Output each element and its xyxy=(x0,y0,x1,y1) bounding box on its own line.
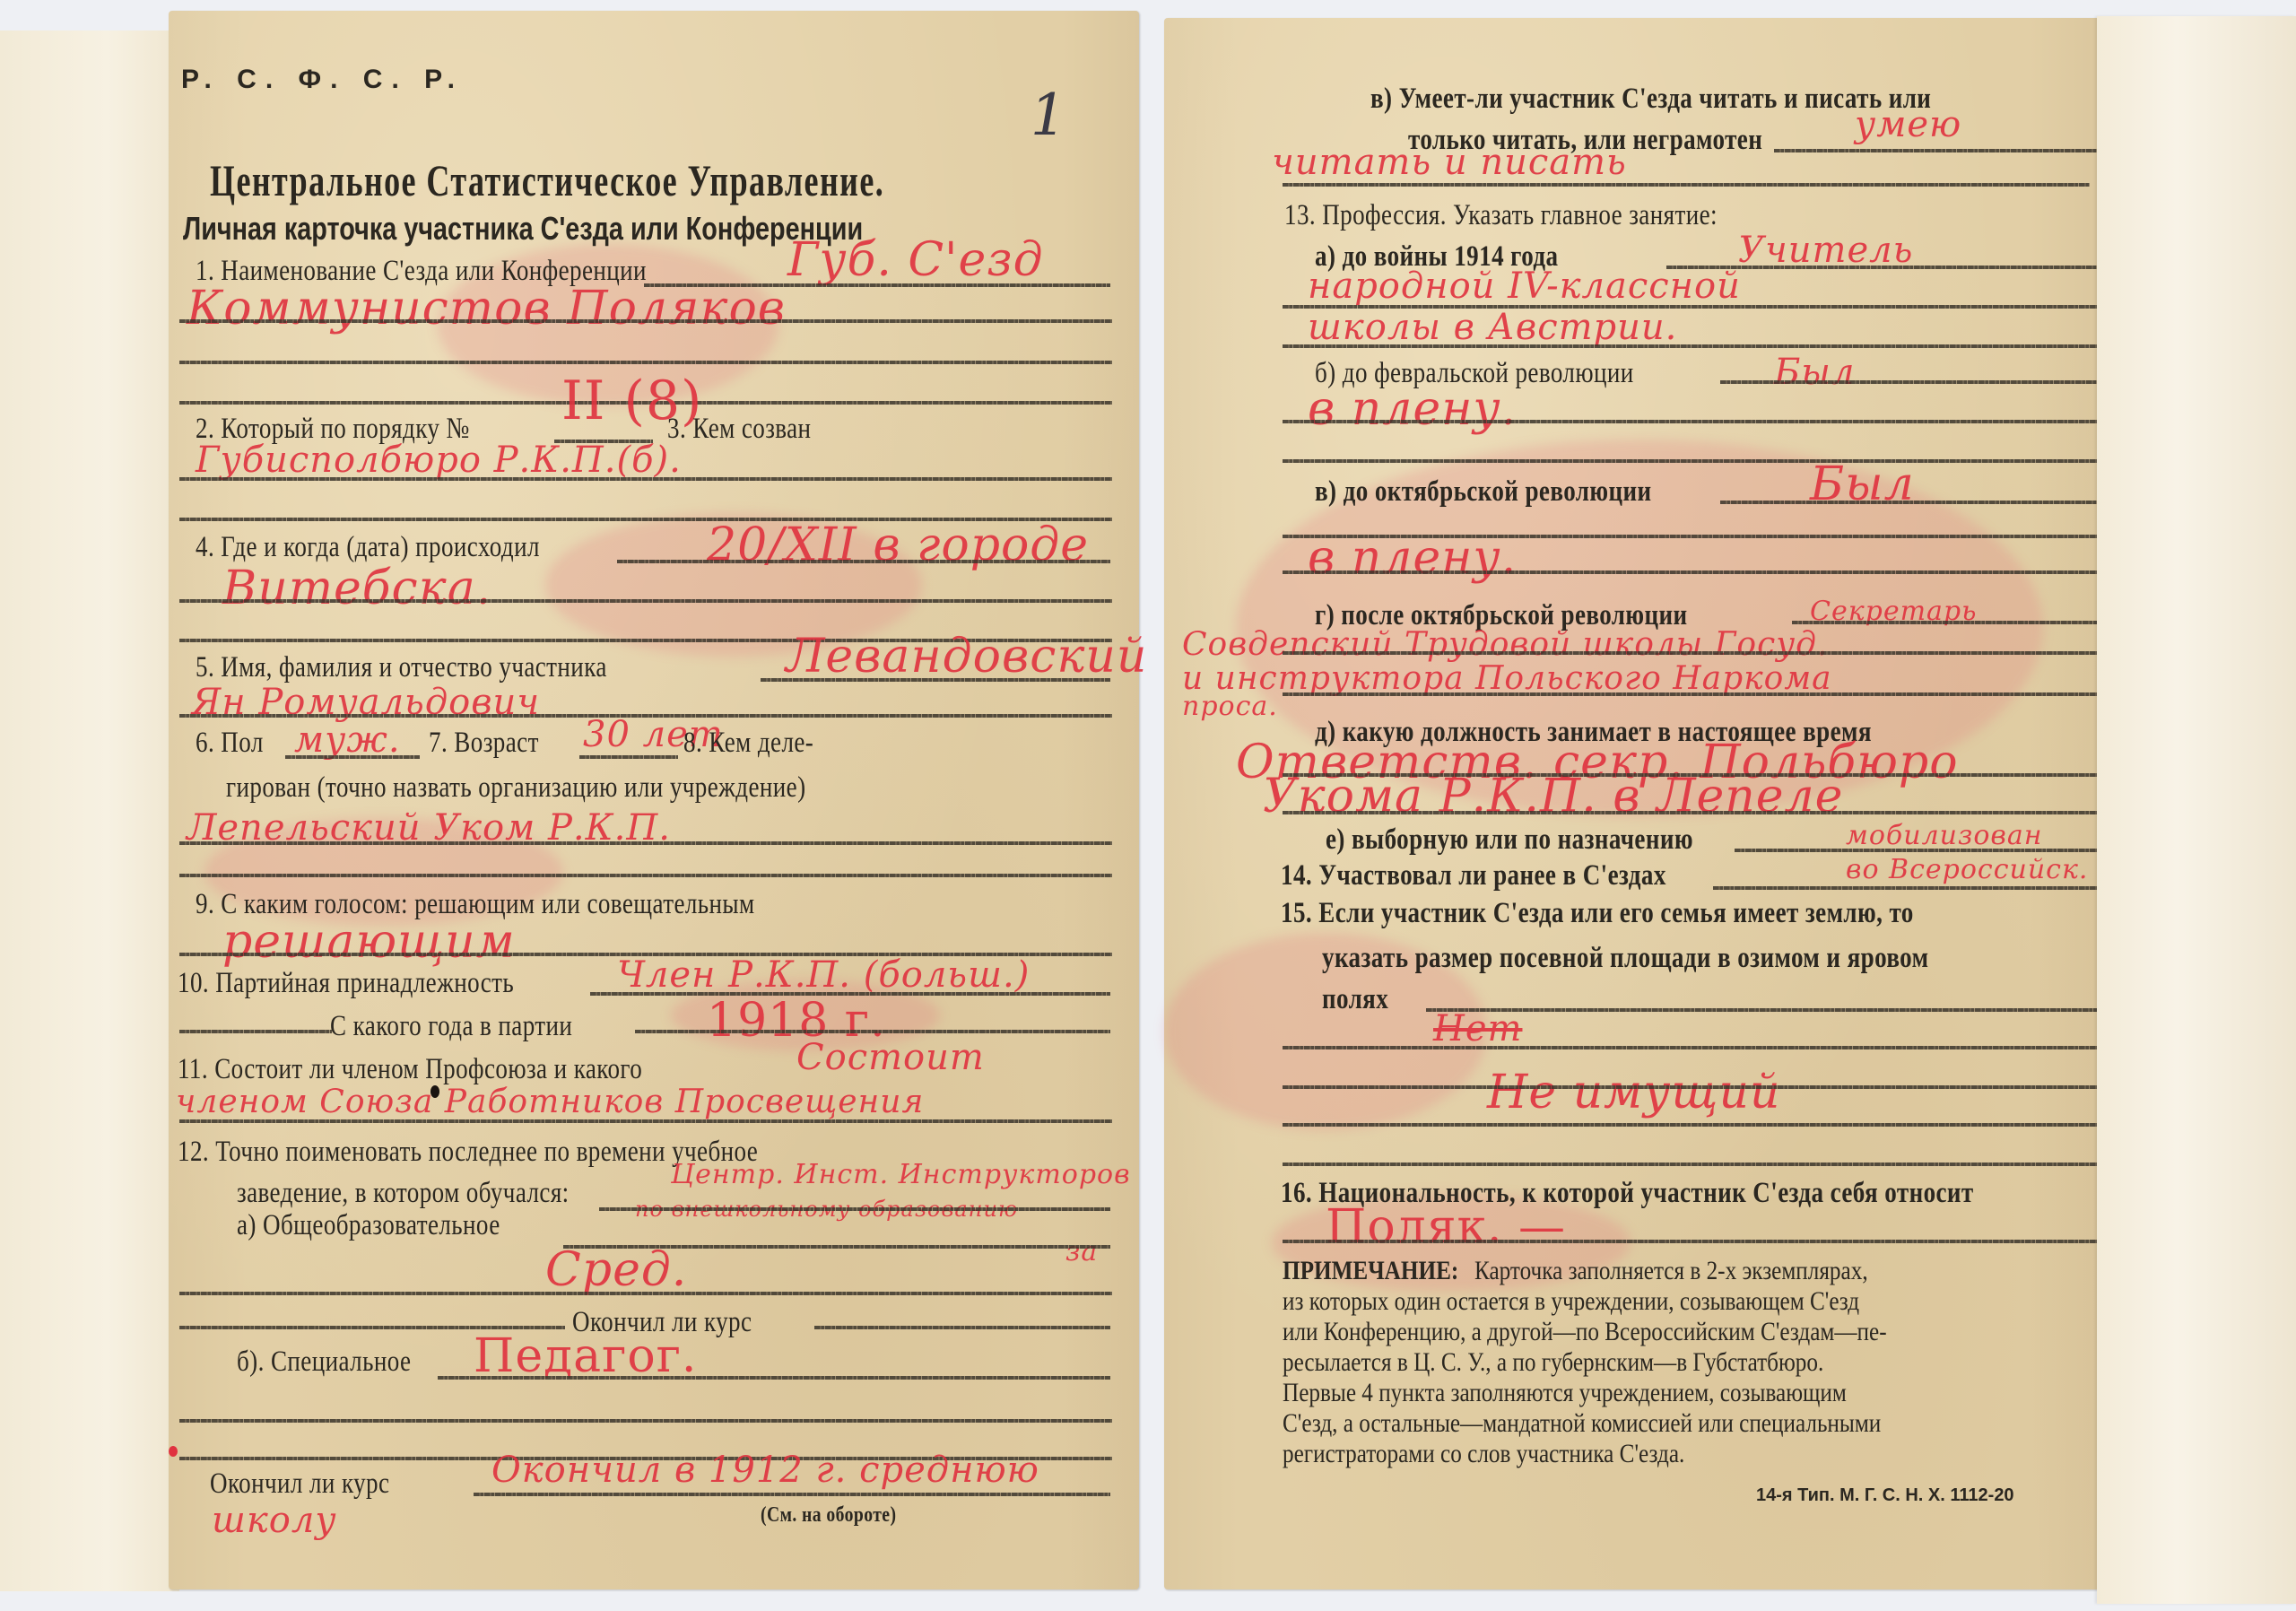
field-12a-label: а) Общеобразовательное xyxy=(237,1209,500,1242)
field-13-label: 13. Профессия. Указать главное занятие: xyxy=(1284,199,1718,232)
form-front-page: Р. С. Ф. С. Р. 1 Центральное Статистичес… xyxy=(169,11,1139,1589)
field-12-label-cont: заведение, в котором обучался: xyxy=(237,1177,570,1210)
field-13v-value-b: в плену. xyxy=(1308,531,1517,585)
field-11-label: 11. Состоит ли членом Профсоюза и какого xyxy=(178,1053,642,1086)
field-4-value-b: Витебска. xyxy=(222,562,491,615)
field-10-label: 10. Партийная принадлежность xyxy=(178,967,514,1000)
backing-paper-left xyxy=(0,30,179,1591)
field-13g-value-c: и инструктора Польского Наркома xyxy=(1182,660,1832,697)
field-12b-course-value-a: Окончил в 1912 г. среднюю xyxy=(491,1450,1039,1491)
form-back-page: в) Умеет-ли участник С'езда читать и пис… xyxy=(1164,18,2104,1589)
field-13a-value-c: школы в Австрии. xyxy=(1308,307,1677,348)
field-14-value: во Всероссийск. xyxy=(1846,854,2088,885)
note-line: или Конференцию, а другой—по Всероссийск… xyxy=(1283,1317,1887,1347)
note-line: из которых один остается в учреждении, с… xyxy=(1283,1286,1859,1317)
note-heading: ПРИМЕЧАНИЕ: xyxy=(1283,1256,1458,1286)
field-12b-course-label: Окончил ли курс xyxy=(210,1467,389,1501)
see-reverse-note: (См. на обороте) xyxy=(761,1503,896,1528)
field-9-value: решающим xyxy=(222,915,516,969)
field-12v-label: в) Умеет-ли участник С'езда читать и пис… xyxy=(1370,83,1931,116)
field-10-value: Член Р.К.П. (больш.) xyxy=(617,954,1030,996)
overlay-paper-right xyxy=(2097,16,2296,1604)
page-number: 1 xyxy=(1023,83,1072,149)
field-6-label: 6. Пол xyxy=(196,727,264,760)
note-line: С'езд, а остальные—мандатной комиссией и… xyxy=(1283,1408,1881,1439)
field-11-value-b: членом Союза Работников Просвещения xyxy=(176,1084,924,1120)
field-15-value-struck: Нет xyxy=(1433,1008,1522,1049)
field-7-label: 7. Возраст xyxy=(429,727,539,760)
note-line: Первые 4 пункта заполняются учреждением,… xyxy=(1283,1378,1847,1408)
field-12a-value: Сред. xyxy=(545,1243,687,1297)
field-15-label-fields: полях xyxy=(1322,983,1388,1016)
field-5-value-a: Левандовский xyxy=(786,630,1147,684)
note-line: Карточка заполняется в 2-х экземплярах, xyxy=(1474,1256,1868,1286)
field-15-value: Не имущий xyxy=(1487,1066,1780,1119)
field-13v-label: в) до октябрьской революции xyxy=(1315,475,1651,509)
field-11-value-a: Состоит xyxy=(796,1037,985,1078)
field-3-value: Губисполбюро Р.К.П.(б). xyxy=(196,440,682,481)
field-12v-value-b: читать и писать xyxy=(1272,142,1627,183)
header-republic: Р. С. Ф. С. Р. xyxy=(181,65,464,95)
field-13g-value-d: проса. xyxy=(1182,691,1278,722)
institution-title: Центральное Статистическое Управление. xyxy=(210,154,884,206)
field-1-value-a: Губ. С'езд xyxy=(787,233,1044,287)
printer-imprint: 14-я Тип. М. Г. С. Н. Х. 1112-20 xyxy=(1756,1485,2014,1506)
field-16-value: Поляк. — xyxy=(1326,1200,1566,1254)
field-12b-label: б). Специальное xyxy=(237,1345,411,1379)
field-12-value-a: Центр. Инст. Инструкторов xyxy=(671,1159,1131,1190)
field-4-label: 4. Где и когда (дата) происходил xyxy=(196,531,540,564)
field-13a-value-b: народной IV-классной xyxy=(1308,266,1741,307)
field-13g-value-b: Совдепский Трудовой школы Госуд. xyxy=(1182,626,1828,663)
field-12-value-c: за xyxy=(1065,1236,1098,1267)
note-line: ресылается в Ц. С. У., а по губернским—в… xyxy=(1283,1347,1823,1378)
field-1-value-b: Коммунистов Поляков xyxy=(187,282,786,335)
field-12b-course-value-b: школу xyxy=(212,1500,337,1541)
field-8-label-cont: гирован (точно назвать организацию или у… xyxy=(226,771,806,805)
field-12v-value-a: умею xyxy=(1855,104,1961,145)
form-title: Личная карточка участника С'езда или Кон… xyxy=(183,210,863,248)
field-12b-value: Педагог. xyxy=(474,1329,697,1383)
field-13e-label: е) выборную или по назначению xyxy=(1326,823,1693,857)
field-3-label: 3. Кем созван xyxy=(667,413,811,446)
field-13e-value: мобилизован xyxy=(1846,820,2043,851)
field-10-year-label: С какого года в партии xyxy=(330,1010,572,1043)
field-15-label-cont: указать размер посевной площади в озимом… xyxy=(1322,942,1928,975)
field-13b-value-a: Был xyxy=(1774,352,1855,393)
field-8-label: 8. Кем деле- xyxy=(683,727,813,760)
field-4-value-a: 20/XII в городе xyxy=(707,518,1089,572)
field-14-label: 14. Участвовал ли ранее в С'ездах xyxy=(1281,859,1666,893)
note-line: регистраторами со слов участника С'езда. xyxy=(1283,1439,1684,1469)
field-5-label: 5. Имя, фамилия и отчество участника xyxy=(196,651,607,684)
field-13d-value-b: Укома Р.К.П. в Лепеле xyxy=(1263,770,1843,823)
field-15-label: 15. Если участник С'езда или его семья и… xyxy=(1281,897,1914,930)
field-13b-value-b: в плену. xyxy=(1308,382,1517,436)
